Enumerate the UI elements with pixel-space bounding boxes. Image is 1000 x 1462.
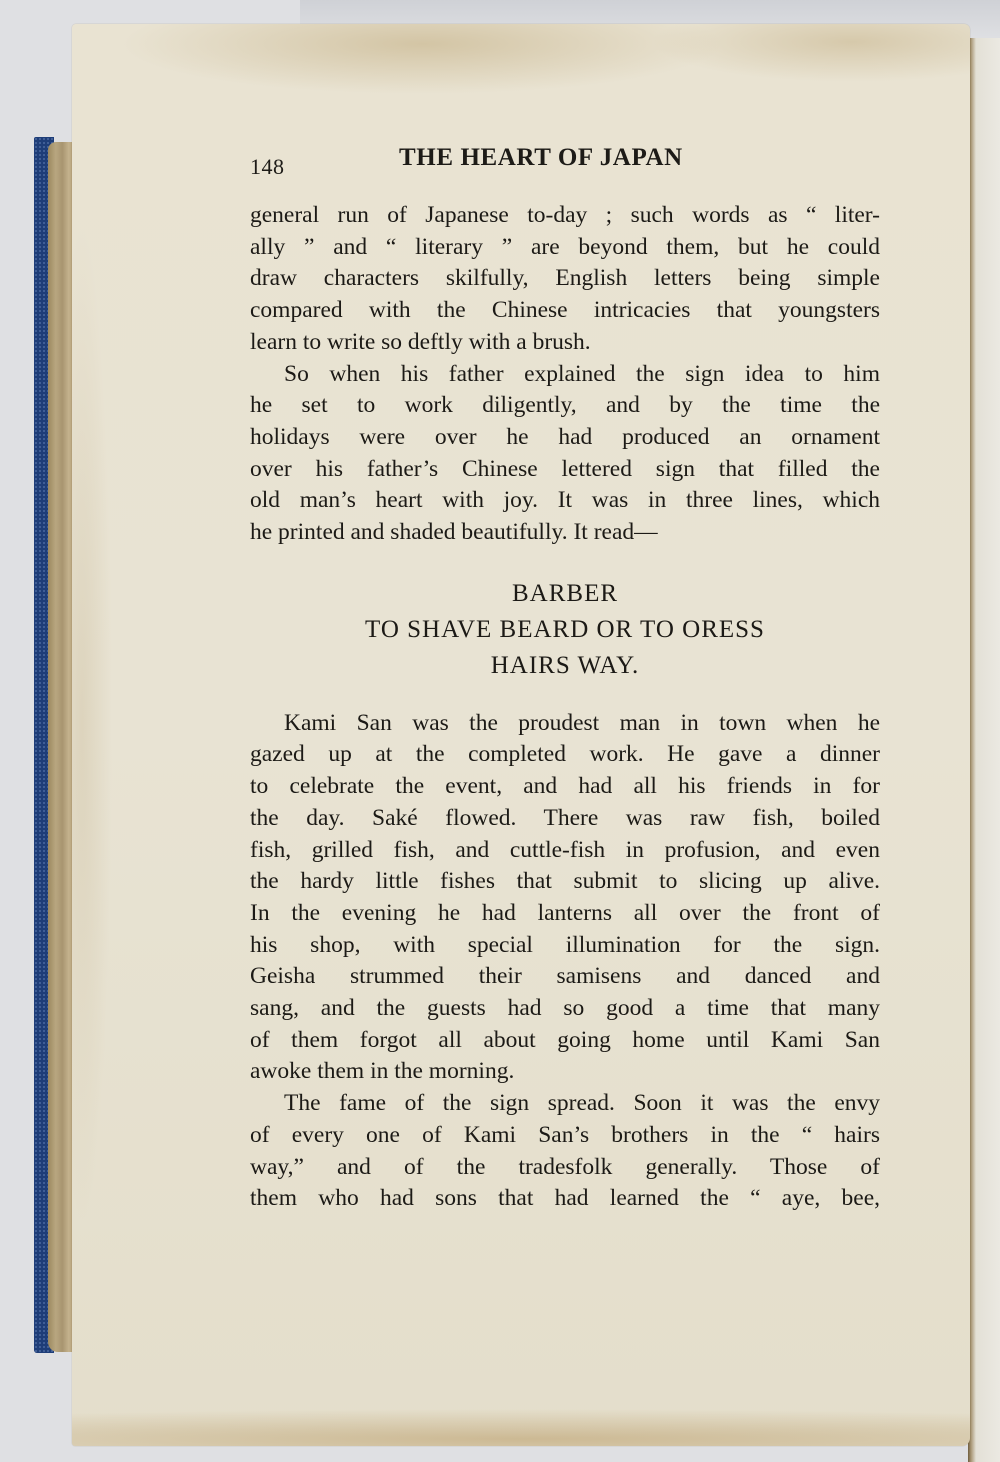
text-line: them who had sons that had learned the “… xyxy=(250,1183,880,1215)
text-line: to celebrate the event, and had all his … xyxy=(250,771,880,803)
paragraph-4: The fame of the sign spread. Soon it was… xyxy=(250,1088,880,1215)
text-line: Geisha strummed their samisens and dance… xyxy=(250,961,880,993)
text-line: In the evening he had lanterns all over … xyxy=(250,898,880,930)
sign-text-block: BARBER TO SHAVE BEARD OR TO ORESS HAIRS … xyxy=(250,576,880,684)
text-line: of every one of Kami San’s brothers in t… xyxy=(250,1120,880,1152)
text-line: the day. Saké flowed. There was raw fish… xyxy=(250,803,880,835)
sign-line: BARBER xyxy=(250,576,880,612)
running-head-title: THE HEART OF JAPAN xyxy=(399,144,683,172)
body-text: general run of Japanese to-day ; such wo… xyxy=(250,200,880,1215)
text-line: the hardy little fishes that submit to s… xyxy=(250,866,880,898)
sign-line: HAIRS WAY. xyxy=(250,648,880,684)
text-line: his shop, with special illumination for … xyxy=(250,930,880,962)
text-line: he set to work diligently, and by the ti… xyxy=(250,390,880,422)
text-line: The fame of the sign spread. Soon it was… xyxy=(250,1088,880,1120)
paragraph-1: general run of Japanese to-day ; such wo… xyxy=(250,200,880,359)
paragraph-3: Kami San was the proudest man in town wh… xyxy=(250,708,880,1088)
text-line: sang, and the guests had so good a time … xyxy=(250,993,880,1025)
text-line: Kami San was the proudest man in town wh… xyxy=(250,708,880,740)
text-line: learn to write so deftly with a brush. xyxy=(250,327,880,359)
page-edges xyxy=(48,142,74,1352)
text-line: fish, grilled fish, and cuttle-fish in p… xyxy=(250,835,880,867)
text-line: general run of Japanese to-day ; such wo… xyxy=(250,200,880,232)
facing-page-edge xyxy=(968,38,1000,1462)
text-line: compared with the Chinese intricacies th… xyxy=(250,295,880,327)
text-line: over his father’s Chinese lettered sign … xyxy=(250,454,880,486)
text-line: way,” and of the tradesfolk generally. T… xyxy=(250,1152,880,1184)
running-head: 148 THE HEART OF JAPAN xyxy=(250,142,750,182)
text-line: gazed up at the completed work. He gave … xyxy=(250,739,880,771)
text-line: draw characters skilfully, English lette… xyxy=(250,263,880,295)
text-line: ally ” and “ literary ” are beyond them,… xyxy=(250,232,880,264)
text-line: So when his father explained the sign id… xyxy=(250,359,880,391)
text-line: old man’s heart with joy. It was in thre… xyxy=(250,485,880,517)
text-line: holidays were over he had produced an or… xyxy=(250,422,880,454)
paragraph-2: So when his father explained the sign id… xyxy=(250,359,880,549)
page-number: 148 xyxy=(250,154,285,180)
text-line: he printed and shaded beautifully. It re… xyxy=(250,517,880,549)
text-line: awoke them in the morning. xyxy=(250,1056,880,1088)
text-line: of them forgot all about going home unti… xyxy=(250,1025,880,1057)
sign-line: TO SHAVE BEARD OR TO ORESS xyxy=(250,612,880,648)
